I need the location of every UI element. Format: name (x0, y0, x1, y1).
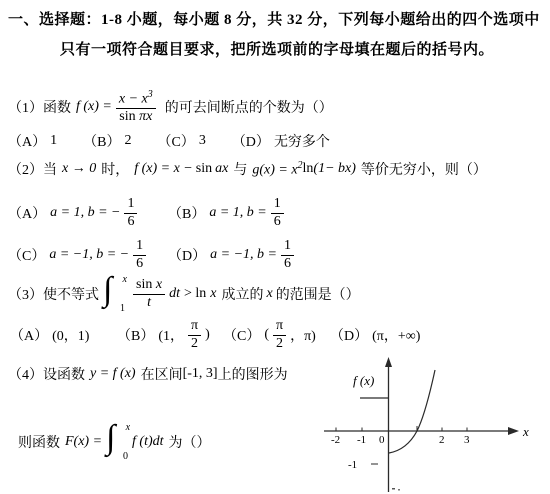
question-3: （3）使不等式 ∫ x 1 sin x t dt > ln x 成立的 x 的范… (8, 272, 360, 316)
q2-option-c-fraction: 16 (133, 238, 146, 271)
axis-bottom-mark (398, 489, 400, 491)
y-axis-arrow-icon (385, 357, 392, 367)
q3-relation: > ln (184, 286, 206, 302)
fline-integrand: f (t)dt (132, 434, 164, 450)
q4-mid: 在区间 (141, 364, 183, 384)
fline-F-eq: F(x) = (65, 434, 102, 450)
q3-fraction: sin x t (133, 277, 165, 310)
q2-ax: ax (215, 161, 228, 177)
x-tick-label-3: 3 (464, 434, 470, 446)
q1-option-c: （C）3 (157, 131, 205, 151)
q3-option-c: （C） ( π2 ，π) (223, 314, 316, 356)
q1-option-b: （B）2 (83, 131, 131, 151)
q1-function-eq: f (x) = (76, 99, 112, 115)
x-tick-label-minus2: -2 (331, 434, 340, 446)
fline-tail: 为（） (169, 432, 211, 452)
q1-option-a: （A）1 (8, 131, 57, 151)
x-tick-label-2: 2 (439, 434, 445, 446)
q3-fraction-numerator: sin x (133, 277, 165, 294)
y-tick-label-minus1: -1 (348, 459, 357, 471)
q2-option-b-fraction: 16 (271, 196, 284, 229)
q1-fraction-numerator: x − x3 (116, 89, 156, 109)
header-line-1: 一、选择题：1-8 小题，每小题 8 分，共 32 分，下列每小题给出的四个选项… (8, 8, 540, 29)
q3-x-var: x (266, 286, 272, 302)
question-1: （1）函数 f (x) = x − x3 sin πx 的可去间断点的个数为（） (8, 84, 333, 130)
y-axis-label: f (x) (353, 373, 374, 388)
q3-lnx-var: x (210, 286, 216, 302)
q3-option-c-fraction: π2 (273, 318, 286, 351)
q3-option-b: （B） (1， π2 ) (117, 314, 210, 356)
q3-fraction-denominator: t (144, 295, 154, 311)
q3-tail1: 成立的 (221, 284, 263, 304)
q2-f-eq: f (x) = x − (134, 161, 193, 177)
x-axis-arrow-icon (508, 427, 519, 435)
question-2: （2）当 x → 0 时， f (x) = x − sin ax 与 g(x) … (8, 156, 487, 182)
q2-option-c: （C） a = −1, b = − 16 (8, 234, 150, 276)
fline-integral-sign: ∫ x 0 (104, 421, 130, 463)
q2-option-d-fraction: 16 (281, 238, 294, 271)
function-graph: -2 -1 0 2 3 x f (x) -1 (320, 356, 550, 494)
q2-bx: (1− bx) (313, 161, 356, 177)
integral-icon: ∫ (106, 417, 115, 459)
q4-interval: [-1, 3] (183, 366, 218, 382)
q4-y-eq: y = f (x) (90, 366, 136, 382)
q2-sin: sin (196, 161, 212, 177)
axis-bottom-mark (392, 488, 395, 490)
q1-fraction: x − x3 sin πx (116, 89, 156, 125)
q2-option-a: （A） a = 1, b = − 16 (8, 192, 141, 234)
q2-mid1: 时， (101, 159, 129, 179)
x-tick-label-0: 0 (379, 434, 385, 446)
header-line-1-text: 一、选择题：1-8 小题，每小题 8 分，共 32 分，下列每小题给出的四个选项… (8, 8, 540, 29)
fline-lead: 则函数 (18, 432, 60, 452)
q1-fraction-denominator: sin πx (116, 109, 155, 125)
q3-option-d: （D） (π，+∞) (330, 314, 420, 356)
q4-followup: 则函数 F(x) = ∫ x 0 f (t)dt 为（） (18, 420, 211, 464)
q3-tail2: 的范围是（） (276, 284, 360, 304)
q2-g-eq: g(x) = x2 (252, 160, 302, 179)
q2-option-b: （B） a = 1, b = 16 (168, 192, 288, 234)
q1-tail: 的可去间断点的个数为（） (165, 97, 333, 117)
x-axis-label: x (522, 424, 529, 439)
graph-curve (389, 370, 435, 453)
q4-tail: 上的图形为 (218, 364, 288, 384)
q2-tail: 等价无穷小，则（） (361, 159, 487, 179)
q3-dt: dt (169, 286, 180, 302)
exam-page: { "page": {"width": 550, "height": 494, … (0, 0, 550, 494)
q3-option-b-fraction: π2 (188, 318, 201, 351)
question-1-options: （A）1 （B）2 （C）3 （D）无穷多个 (8, 130, 330, 152)
header-line-2: 只有一项符合题目要求，把所选项前的字母填在题后的括号内。 (60, 38, 494, 59)
q2-option-d: （D） a = −1, b = 16 (168, 234, 298, 276)
integral-icon: ∫ (103, 269, 112, 311)
q1-option-d: （D）无穷多个 (232, 131, 330, 151)
q1-lead: （1）函数 (8, 97, 71, 117)
q2-mid2: 与 (233, 159, 247, 179)
x-tick-label-minus1: -1 (357, 434, 366, 446)
q3-integral-sign: ∫ x 1 (101, 273, 127, 315)
q2-lead: （2）当 (8, 159, 57, 179)
q2-limit: x → 0 (62, 161, 96, 177)
q4-lead: （4）设函数 (8, 364, 85, 384)
question-4: （4）设函数 y = f (x) 在区间 [-1, 3] 上的图形为 (8, 362, 288, 386)
q2-option-a-fraction: 16 (124, 196, 137, 229)
q3-option-a: （A） (0，1) (10, 314, 89, 356)
header-line-2-text: 只有一项符合题目要求，把所选项前的字母填在题后的括号内。 (60, 38, 494, 59)
q3-lead: （3）使不等式 (8, 284, 99, 304)
q2-ln: ln (303, 161, 314, 177)
